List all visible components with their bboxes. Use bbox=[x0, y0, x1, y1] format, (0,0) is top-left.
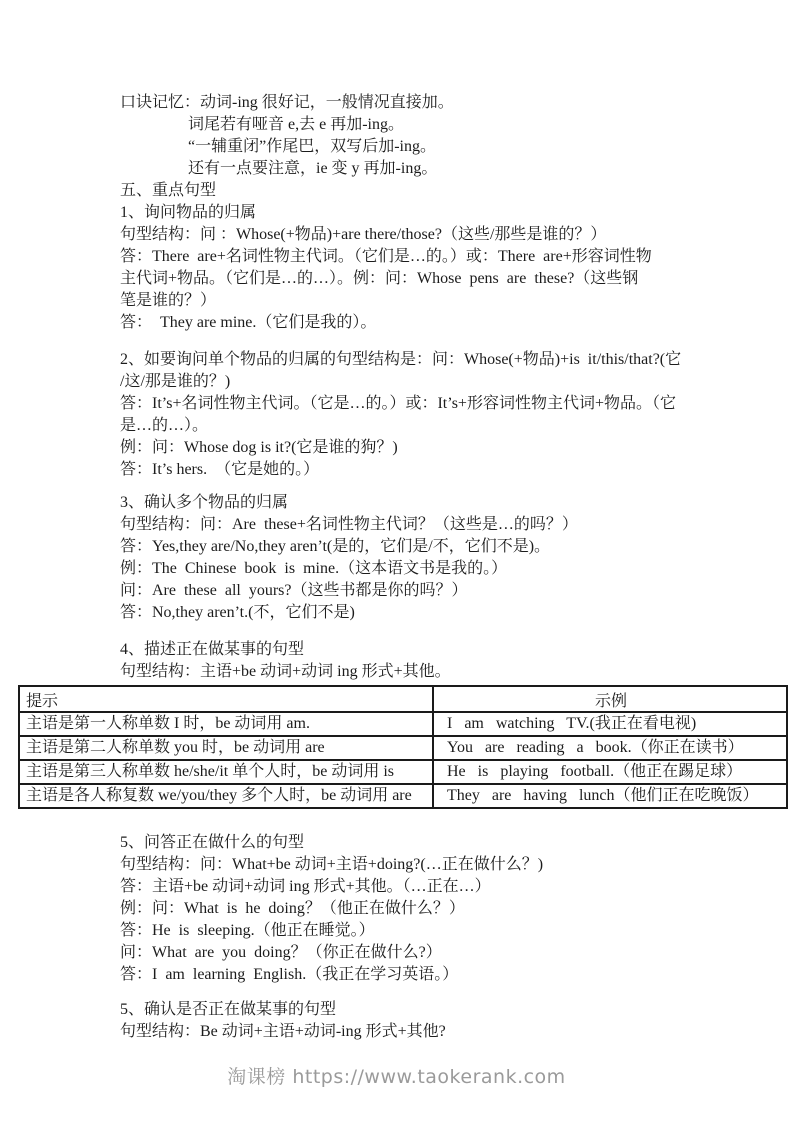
table-header-tip: 提示 bbox=[19, 686, 433, 712]
mnemonic-line: “一辅重闭”作尾巴，双写后加-ing。 bbox=[188, 136, 793, 158]
text-line: 答：I am learning English.（我正在学习英语。） bbox=[120, 964, 793, 986]
text-line: 答：It’s+名词性物主代词。（它是…的。）或：It’s+形容词性物主代词+物品… bbox=[120, 393, 793, 415]
document-page: 口诀记忆：动词-ing 很好记，一般情况直接加。 词尾若有哑音 e,去 e 再加… bbox=[0, 0, 793, 1122]
text-line: 问：What are you doing？（你正在做什么?） bbox=[120, 942, 793, 964]
text-line: 句型结构：主语+be 动词+动词 ing 形式+其他。 bbox=[120, 661, 793, 683]
item-heading: 1、询问物品的归属 bbox=[120, 202, 793, 224]
mnemonic-line: 口诀记忆：动词-ing 很好记，一般情况直接加。 bbox=[120, 92, 793, 114]
text-line: 问：Are these all yours?（这些书都是你的吗？） bbox=[120, 580, 793, 602]
example-cell: He is playing football.（他正在踢足球） bbox=[433, 760, 787, 784]
text-line: 答：Yes,they are/No,they aren’t(是的，它们是/不，它… bbox=[120, 536, 793, 558]
watermark-footer: 淘课榜 https://www.taokerank.com bbox=[0, 1062, 793, 1089]
document-body: 口诀记忆：动词-ing 很好记，一般情况直接加。 词尾若有哑音 e,去 e 再加… bbox=[0, 0, 793, 1043]
table-header-example: 示例 bbox=[433, 686, 787, 712]
text-line: 是…的…）。 bbox=[120, 415, 793, 437]
item-heading: 3、确认多个物品的归属 bbox=[120, 492, 793, 514]
mnemonic-line: 还有一点要注意，ie 变 y 再加-ing。 bbox=[188, 158, 793, 180]
grammar-table: 提示 示例 主语是第一人称单数 I 时，be 动词用 am. I am watc… bbox=[18, 685, 788, 809]
text-line: 例：问：Whose dog is it?(它是谁的狗？) bbox=[120, 437, 793, 459]
item-heading: 2、如要询问单个物品的归属的句型结构是：问：Whose(+物品)+is it/t… bbox=[120, 349, 793, 371]
text-line: 答：主语+be 动词+动词 ing 形式+其他。（…正在…） bbox=[120, 876, 793, 898]
example-cell: You are reading a book.（你正在读书） bbox=[433, 736, 787, 760]
text-line: 句型结构：问：What+be 动词+主语+doing?(…正在做什么？) bbox=[120, 854, 793, 876]
tip-cell: 主语是第三人称单数 he/she/it 单个人时，be 动词用 is bbox=[19, 760, 433, 784]
section-heading: 五、重点句型 bbox=[120, 180, 793, 202]
text-line: 例：问：What is he doing？（他正在做什么？） bbox=[120, 898, 793, 920]
example-cell: I am watching TV.(我正在看电视) bbox=[433, 712, 787, 736]
text-line: 答： They are mine.（它们是我的）。 bbox=[120, 312, 793, 334]
item-heading: 5、确认是否正在做某事的句型 bbox=[120, 999, 793, 1021]
table-header-row: 提示 示例 bbox=[19, 686, 787, 712]
text-line: 句型结构：问：Are these+名词性物主代词？（这些是…的吗？） bbox=[120, 514, 793, 536]
example-cell: They are having lunch（他们正在吃晚饭） bbox=[433, 784, 787, 808]
tip-cell: 主语是第二人称单数 you 时，be 动词用 are bbox=[19, 736, 433, 760]
table-row: 主语是第一人称单数 I 时，be 动词用 am. I am watching T… bbox=[19, 712, 787, 736]
table-row: 主语是第三人称单数 he/she/it 单个人时，be 动词用 is He is… bbox=[19, 760, 787, 784]
item-heading: 4、描述正在做某事的句型 bbox=[120, 639, 793, 661]
tip-cell: 主语是各人称复数 we/you/they 多个人时，be 动词用 are bbox=[19, 784, 433, 808]
text-line: 主代词+物品。（它们是…的…）。例：问：Whose pens are these… bbox=[120, 268, 793, 290]
text-line: 答：No,they aren’t.(不，它们不是) bbox=[120, 602, 793, 624]
text-line: 答：It’s hers. （它是她的。） bbox=[120, 459, 793, 481]
text-line: 句型结构：问 ：Whose(+物品)+are there/those?（这些/那… bbox=[120, 224, 793, 246]
text-line: 答：He is sleeping.（他正在睡觉。） bbox=[120, 920, 793, 942]
item-heading: 5、问答正在做什么的句型 bbox=[120, 832, 793, 854]
text-line: 笔是谁的？） bbox=[120, 290, 793, 312]
table-row: 主语是第二人称单数 you 时，be 动词用 are You are readi… bbox=[19, 736, 787, 760]
text-line: 答：There are+名词性物主代词。（它们是…的。）或：There are+… bbox=[120, 246, 793, 268]
text-line: 句型结构：Be 动词+主语+动词-ing 形式+其他? bbox=[120, 1021, 793, 1043]
mnemonic-line: 词尾若有哑音 e,去 e 再加-ing。 bbox=[188, 114, 793, 136]
tip-cell: 主语是第一人称单数 I 时，be 动词用 am. bbox=[19, 712, 433, 736]
text-line: 例：The Chinese book is mine.（这本语文书是我的。） bbox=[120, 558, 793, 580]
text-line: /这/那是谁的？) bbox=[120, 371, 793, 393]
table-row: 主语是各人称复数 we/you/they 多个人时，be 动词用 are The… bbox=[19, 784, 787, 808]
